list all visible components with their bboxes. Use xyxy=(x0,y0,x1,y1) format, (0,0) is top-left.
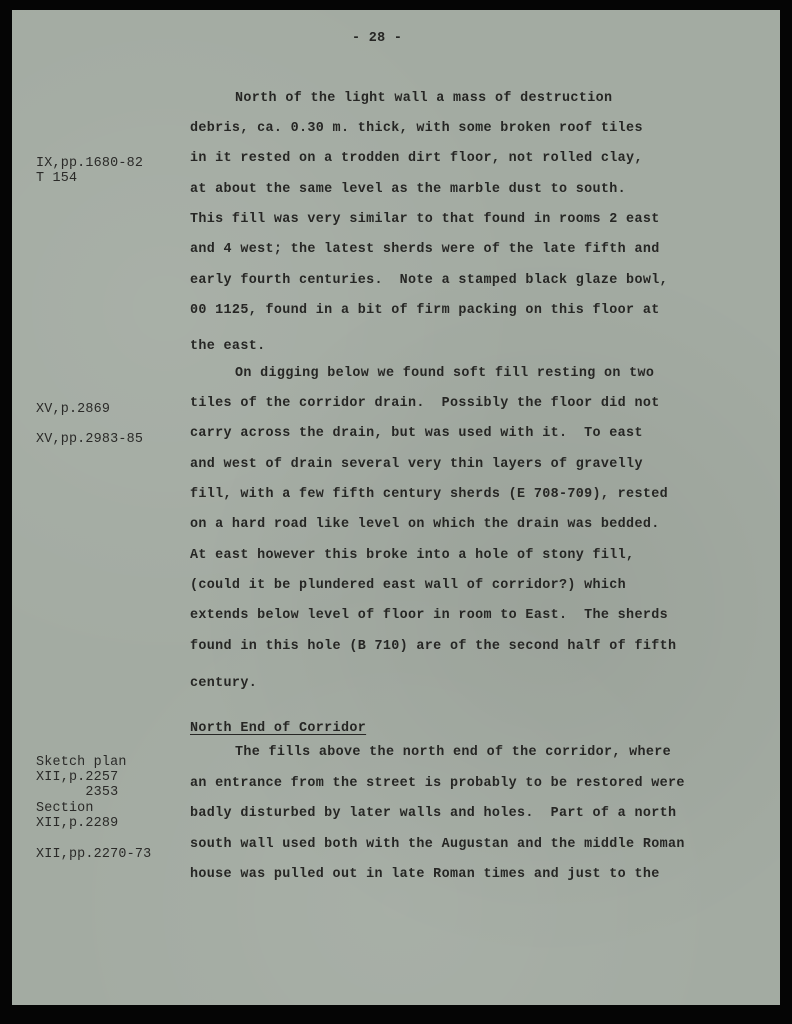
body-line: an entrance from the street is probably … xyxy=(190,777,685,790)
margin-note: IX,pp.1680-82 xyxy=(36,157,143,170)
margin-note: T 154 xyxy=(36,172,77,185)
body-line: badly disturbed by later walls and holes… xyxy=(190,807,676,820)
margin-note: XV,pp.2983-85 xyxy=(36,433,143,446)
body-line: extends below level of floor in room to … xyxy=(190,609,668,622)
document-page: - 28 - North of the light wall a mass of… xyxy=(12,10,780,1005)
margin-note: 2353 xyxy=(36,786,118,799)
body-line: house was pulled out in late Roman times… xyxy=(190,868,660,881)
body-line: North of the light wall a mass of destru… xyxy=(235,92,612,105)
body-line: on a hard road like level on which the d… xyxy=(190,518,660,531)
body-line: The fills above the north end of the cor… xyxy=(235,746,671,759)
body-line: tiles of the corridor drain. Possibly th… xyxy=(190,397,660,410)
body-line: in it rested on a trodden dirt floor, no… xyxy=(190,152,643,165)
body-line: fill, with a few fifth century sherds (E… xyxy=(190,488,668,501)
margin-note: Sketch plan xyxy=(36,756,127,769)
body-line: (could it be plundered east wall of corr… xyxy=(190,579,626,592)
body-line: the east. xyxy=(190,340,265,353)
body-line: This fill was very similar to that found… xyxy=(190,213,660,226)
margin-note: XII,p.2289 xyxy=(36,817,118,830)
body-line: at about the same level as the marble du… xyxy=(190,183,626,196)
body-line: debris, ca. 0.30 m. thick, with some bro… xyxy=(190,122,643,135)
body-line: century. xyxy=(190,677,257,690)
body-line: early fourth centuries. Note a stamped b… xyxy=(190,274,668,287)
section-heading: North End of Corridor xyxy=(190,722,366,735)
body-line: and 4 west; the latest sherds were of th… xyxy=(190,243,660,256)
margin-note: XII,pp.2270-73 xyxy=(36,848,151,861)
body-line: On digging below we found soft fill rest… xyxy=(235,367,654,380)
page-number: - 28 - xyxy=(352,32,402,45)
body-line: found in this hole (B 710) are of the se… xyxy=(190,640,676,653)
body-line: south wall used both with the Augustan a… xyxy=(190,838,685,851)
body-line: and west of drain several very thin laye… xyxy=(190,458,643,471)
body-line: At east however this broke into a hole o… xyxy=(190,549,634,562)
margin-note: Section xyxy=(36,802,94,815)
body-line: 00 1125, found in a bit of firm packing … xyxy=(190,304,660,317)
body-line: carry across the drain, but was used wit… xyxy=(190,427,643,440)
margin-note: XII,p.2257 xyxy=(36,771,118,784)
margin-note: XV,p.2869 xyxy=(36,403,110,416)
